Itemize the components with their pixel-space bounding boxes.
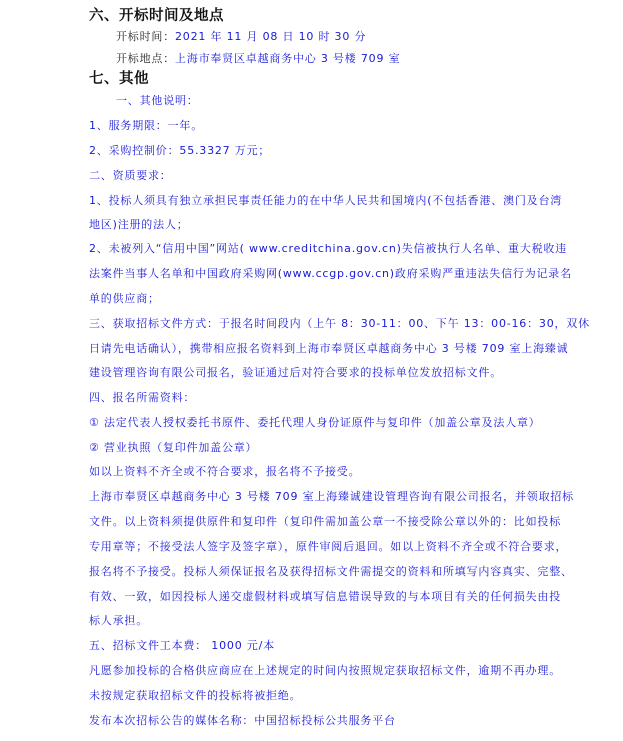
required-material-2: ② 营业执照（复印件加盖公章） [89,439,257,455]
obtain-docs-line-2: 日请先电话确认），携带相应报名资料到上海市奉贤区卓越商务中心 3 号楼 709 … [89,340,568,356]
deadline-note-line-1: 凡愿参加投标的合格供应商应在上述规定的时间内按照规定获取招标文件，逾期不再办理。 [89,662,561,678]
qualification-line-1: 1、投标人须具有独立承担民事责任能力的在中华人民共和国境内(不包括香港、澳门及台… [89,192,562,208]
registration-note-line-5: 有效、一致，如因投标人递交虚假材料或填写信息错误导致的与本项目有关的任何损失由投 [89,588,561,604]
incomplete-materials-note: 如以上资料不齐全或不符合要求，报名将不予接受。 [89,463,360,479]
registration-note-line-6: 标人承担。 [89,612,148,628]
registration-note-line-4: 报名将不予接受。投标人须保证报名及获得招标文件需提交的资料和所填写内容真实、完整… [89,563,573,579]
section-7-heading: 七、其他 [89,67,149,88]
publishing-media-line: 发布本次招标公告的媒体名称：中国招标投标公共服务平台 [89,712,396,728]
registration-note-line-3: 专用章等；不接受法人签字及签字章），原件审阅后退回。如以上资料不齐全或不符合要求… [89,538,567,554]
qualification-line-4: 法案件当事人名单和中国政府采购网(www.ccgp.gov.cn)政府采购严重违… [89,265,572,281]
deadline-note-line-2: 未按规定获取招标文件的投标将被拒绝。 [89,687,301,703]
obtain-docs-line-1: 三、获取招标文件方式：于报名时间段内（上午 8：30-11：00、下午 13：0… [89,315,590,331]
required-materials-subheading: 四、报名所需资料： [89,389,195,405]
registration-note-line-1: 上海市奉贤区卓越商务中心 3 号楼 709 室上海臻诚建设管理咨询有限公司报名，… [89,488,574,504]
opening-place-label: 开标地点： [116,52,175,65]
service-period-line: 1、服务期限：一年。 [89,117,203,133]
opening-time-label: 开标时间： [116,30,175,43]
required-material-1: ① 法定代表人授权委托书原件、委托代理人身份证原件与复印件（加盖公章及法人章） [89,414,541,430]
obtain-docs-line-3: 建设管理咨询有限公司报名，验证通过后对符合要求的投标单位发放招标文件。 [89,364,502,380]
registration-note-line-2: 文件。以上资料须提供原件和复印件（复印件需加盖公章一不接受除公章以外的：比如投标 [89,513,561,529]
other-notes-subheading: 一、其他说明： [116,92,199,108]
qualification-line-5: 单的供应商； [89,290,160,306]
opening-place-row: 开标地点：上海市奉贤区卓越商务中心 3 号楼 709 室 [116,50,400,66]
opening-time-row: 开标时间：2021 年 11 月 08 日 10 时 30 分 [116,28,366,44]
qualification-line-3: 2、未被列入“信用中国”网站( www.creditchina.gov.cn)失… [89,240,567,256]
section-6-heading: 六、开标时间及地点 [89,4,224,25]
qualification-subheading: 二、资质要求： [89,167,172,183]
opening-place-value: 上海市奉贤区卓越商务中心 3 号楼 709 室 [175,52,400,65]
control-price-line: 2、采购控制价：55.3327 万元； [89,142,270,158]
opening-time-value: 2021 年 11 月 08 日 10 时 30 分 [175,30,366,43]
qualification-line-2: 地区)注册的法人； [89,216,189,232]
document-fee-line: 五、招标文件工本费： 1000 元/本 [89,637,275,653]
